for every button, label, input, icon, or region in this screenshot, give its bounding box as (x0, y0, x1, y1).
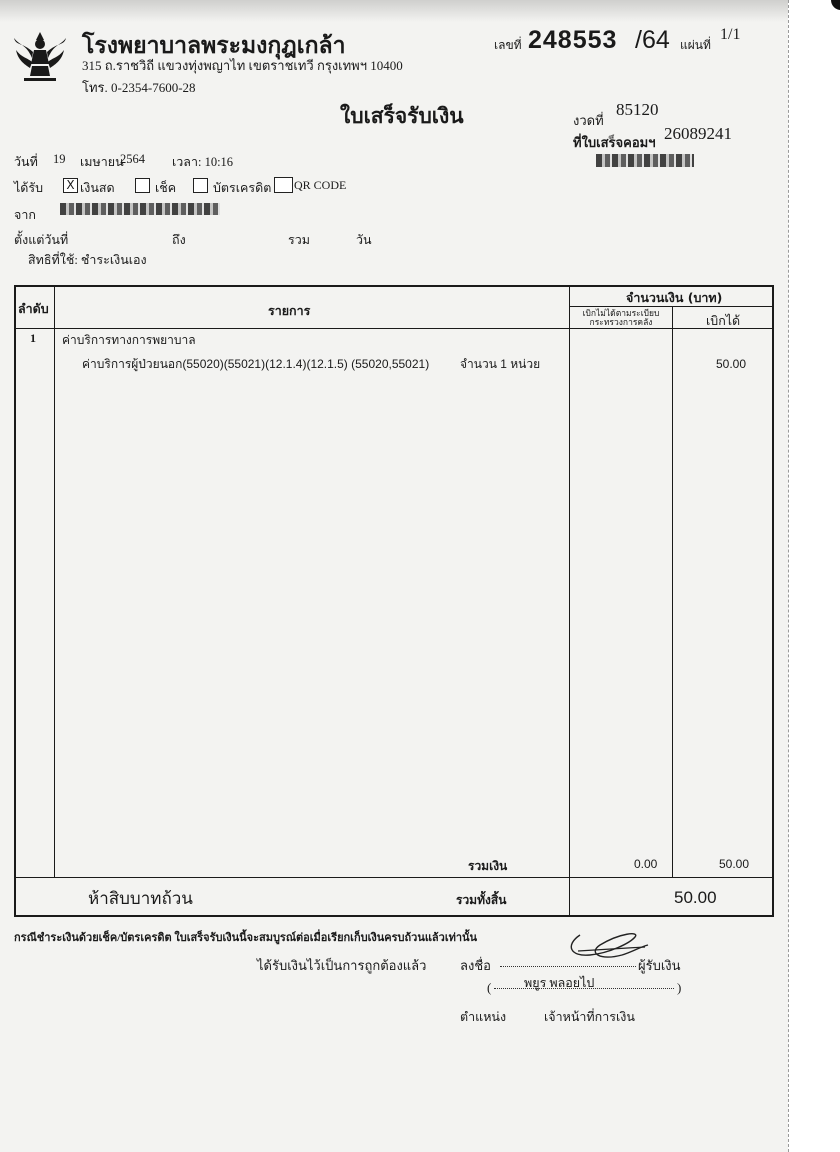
header-item: รายการ (268, 301, 310, 321)
credit-card-label: บัตรเครดิต (213, 178, 271, 198)
header-seq: ลำดับ (18, 299, 49, 319)
batch-number: 85120 (616, 100, 659, 120)
paren-close: ) (677, 980, 681, 996)
row-quantity: จำนวน 1 หน่วย (460, 355, 540, 374)
signature-scribble (560, 925, 650, 965)
subtotal-claimable: 50.00 (719, 857, 749, 871)
header-divider (16, 328, 774, 329)
date-year: 2564 (120, 152, 145, 167)
grand-total-label: รวมทั้งสิ้น (456, 891, 506, 910)
subtotal-divider (16, 877, 774, 878)
computer-receipt-number: 26089241 (664, 124, 732, 144)
time-value: 10:16 (205, 155, 233, 169)
grand-total-amount: 50.00 (674, 888, 717, 908)
days-label: วัน (356, 230, 372, 250)
payment-note: กรณีชำระเงินด้วยเช็ค/บัตรเครดิต ใบเสร็จร… (14, 928, 477, 946)
redacted-patient-id (596, 154, 694, 167)
qr-code-label: QR CODE (294, 178, 346, 193)
batch-label: งวดที่ (573, 110, 604, 131)
scan-shadow (0, 0, 790, 22)
time-field: เวลา: 10:16 (172, 152, 233, 172)
to-label: ถึง (172, 230, 186, 250)
header-amount-group: จำนวนเงิน (บาท) (626, 288, 722, 308)
date-label: วันที่ (14, 152, 38, 172)
col-divider-item (569, 287, 570, 915)
items-table: ลำดับ รายการ จำนวนเงิน (บาท) เบิกไม่ได้ต… (14, 285, 774, 917)
subtotal-label: รวมเงิน (468, 857, 507, 876)
cash-checkbox: X (63, 178, 78, 193)
cheque-label: เช็ค (155, 178, 176, 198)
received-label: ได้รับ (14, 178, 43, 198)
qr-code-checkbox (274, 177, 293, 193)
row-category: ค่าบริการทางการพยาบาล (62, 331, 196, 350)
position-label: ตำแหน่ง (460, 1007, 506, 1027)
position-value: เจ้าหน้าที่การเงิน (544, 1007, 635, 1027)
document-title: ใบเสร็จรับเงิน (340, 100, 464, 133)
payee-label: ผู้รับเงิน (638, 955, 681, 976)
sign-label: ลงชื่อ (460, 955, 491, 976)
hospital-phone: โทร. 0-2354-7600-28 (82, 77, 196, 98)
acknowledgement-text: ได้รับเงินไว้เป็นการถูกต้องแล้ว (257, 955, 426, 976)
header-claimable: เบิกได้ (706, 311, 740, 331)
paren-open: ( (487, 980, 491, 996)
cheque-checkbox (135, 178, 150, 193)
scan-margin (788, 0, 840, 1152)
amount-in-words: ห้าสิบบาทถ้วน (88, 885, 193, 912)
from-label: จาก (14, 205, 36, 225)
header-non-claimable: เบิกไม่ได้ตามระเบียบ กระทรวงการคลัง (571, 310, 671, 328)
col-divider-seq (54, 287, 55, 877)
cash-label: เงินสด (80, 178, 115, 198)
entitlement-label: สิทธิที่ใช้: ชำระเงินเอง (28, 250, 147, 270)
receipt-year-suffix: /64 (635, 26, 670, 55)
row-description: ค่าบริการผู้ป่วยนอก(55020)(55021)(12.1.4… (82, 355, 429, 374)
receipt-number: 248553 (528, 26, 617, 55)
credit-card-checkbox (193, 178, 208, 193)
signature-line (500, 966, 636, 967)
row-seq: 1 (30, 331, 36, 346)
redacted-patient-name (60, 203, 220, 215)
since-label: ตั้งแต่วันที่ (14, 230, 68, 250)
sheet-label: แผ่นที่ (680, 36, 711, 55)
signer-name: พยูร พลอยไป (524, 973, 594, 993)
signer-name-line (494, 988, 674, 989)
time-label: เวลา: (172, 155, 201, 169)
subtotal-non-claimable: 0.00 (634, 857, 657, 871)
garuda-emblem-icon (12, 28, 68, 84)
computer-receipt-label: ที่ใบเสร็จคอมฯ (573, 132, 656, 153)
date-day: 19 (53, 152, 66, 167)
date-month: เมษายน (80, 152, 124, 172)
total-label: รวม (288, 230, 310, 250)
row-claimable-amount: 50.00 (716, 357, 746, 371)
col-divider-amount (672, 307, 673, 878)
hospital-address: 315 ถ.ราชวิถี แขวงทุ่งพญาไท เขตราชเทวี ก… (82, 55, 403, 76)
sheet-number: 1/1 (720, 26, 740, 44)
receipt-number-label: เลขที่ (494, 36, 522, 55)
